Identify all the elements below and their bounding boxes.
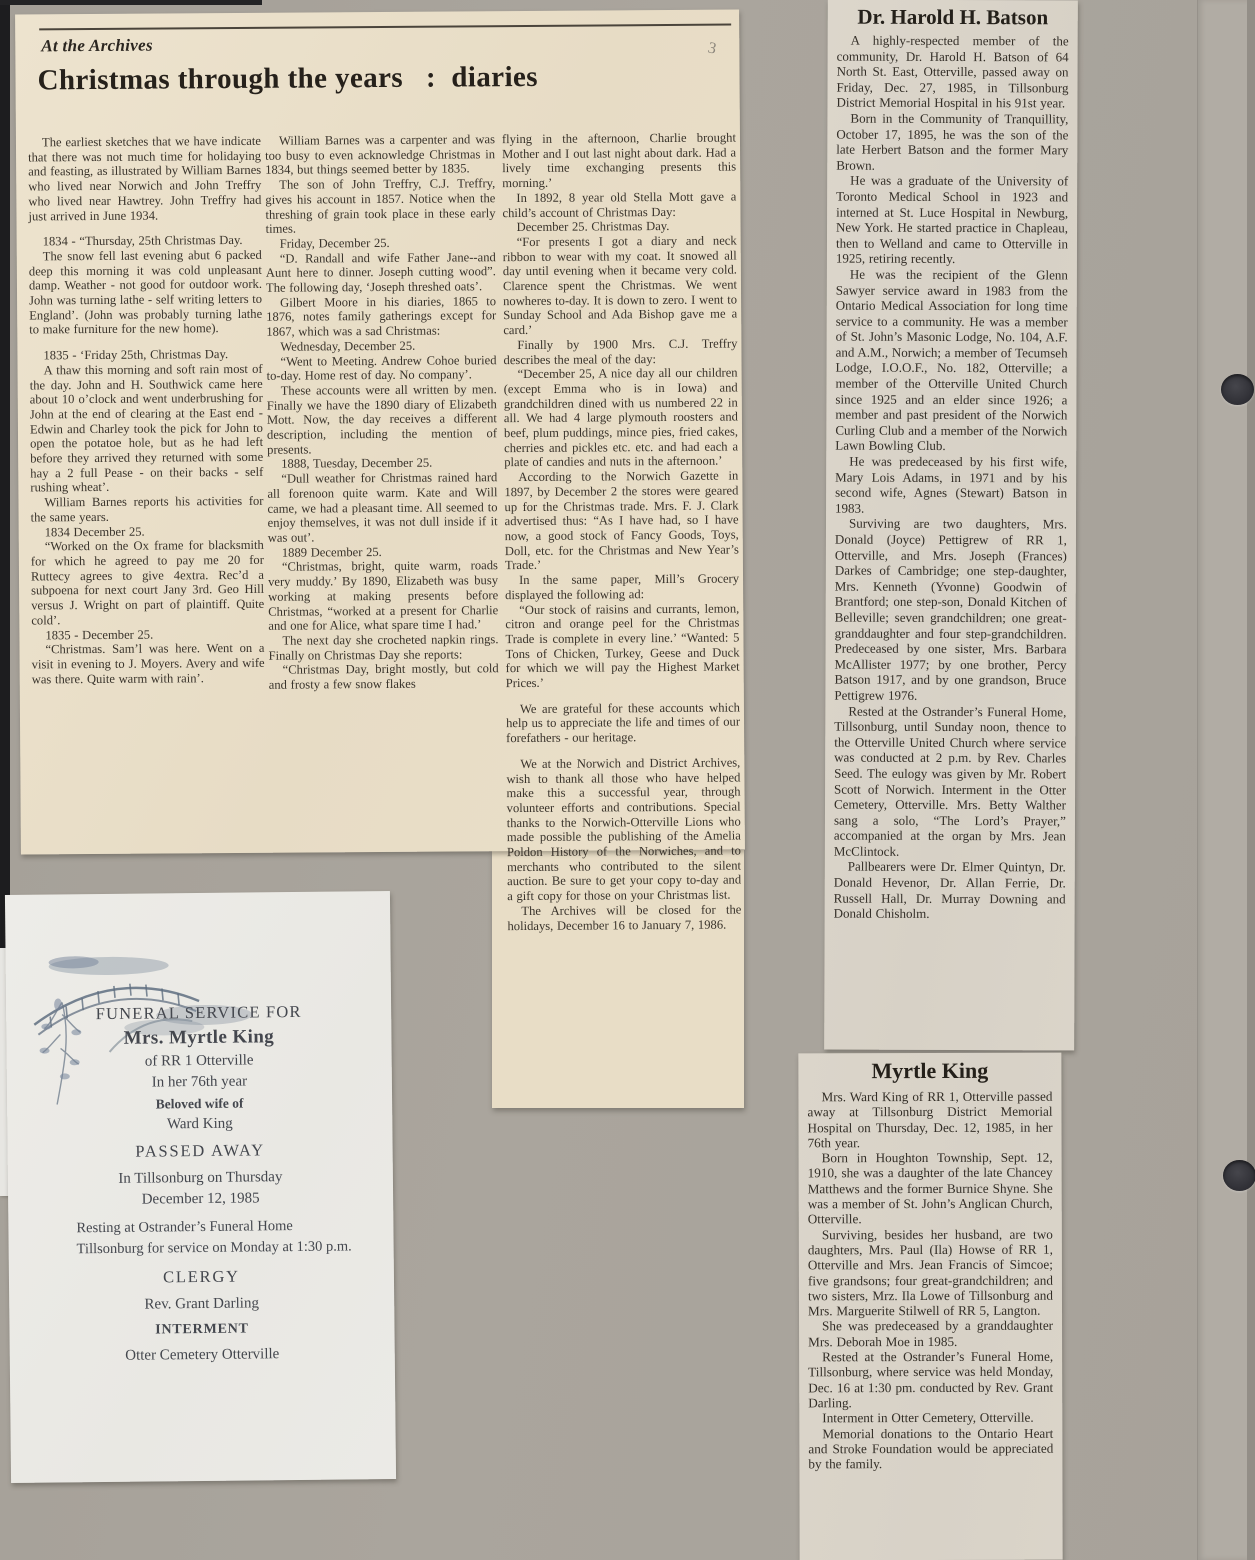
paragraph: Rested at the Ostrander’s Funeral Home, …	[834, 703, 1067, 860]
paragraph: A highly-respected member of the communi…	[836, 33, 1068, 112]
binder-hole	[1223, 1160, 1255, 1191]
paragraph: “December 25, A nice day all our childre…	[504, 366, 739, 471]
king-obituary-body: Mrs. Ward King of RR 1, Otterville passe…	[807, 1089, 1053, 1472]
card-line: Resting at Ostrander’s Funeral Home Till…	[76, 1215, 361, 1260]
paragraph: Gilbert Moore in his diaries, 1865 to 18…	[266, 294, 496, 340]
paragraph: The Archives will be closed for the holi…	[507, 902, 741, 933]
card-line: INTERMENT	[9, 1320, 394, 1340]
paragraph: “Worked on the Ox frame for blacksmith f…	[31, 538, 265, 628]
paragraph: We at the Norwich and District Archives,…	[506, 755, 741, 904]
card-line: Beloved wife of	[7, 1094, 392, 1114]
paragraph: In the same paper, Mill’s Grocery displa…	[505, 572, 739, 603]
card-line: December 12, 1985	[8, 1189, 393, 1210]
paragraph: flying in the afternoon, Charlie brought…	[502, 131, 736, 191]
paragraph: Finally by 1900 Mrs. C.J. Treffry descri…	[503, 336, 737, 367]
card-line: CLERGY	[9, 1265, 394, 1289]
paragraph: 1834 December 25.	[31, 523, 264, 539]
paragraph: 1834 - “Thursday, 25th Christmas Day.	[29, 233, 262, 249]
paragraph: “Christmas Day, bright mostly, but cold …	[269, 661, 499, 692]
paragraph: He was predeceased by his first wife, Ma…	[835, 454, 1067, 517]
paragraph: We are grateful for these accounts which…	[506, 700, 740, 746]
clipping-christmas-article: At the Archives Christmas through the ye…	[15, 9, 745, 854]
paragraph: Born in the Community of Tranquillity, O…	[836, 111, 1068, 174]
paragraph: According to the Norwich Gazette in 1897…	[504, 469, 739, 574]
paragraph: These accounts were all written by men. …	[267, 382, 498, 457]
paragraph: “Our stock of raisins and currants, lemo…	[505, 601, 740, 691]
paragraph: William Barnes was a carpenter and was t…	[265, 132, 495, 178]
card-line: of RR 1 Otterville	[7, 1051, 392, 1072]
article-column-3: flying in the afternoon, Charlie brought…	[502, 131, 743, 1121]
paragraph: Interment in Otter Cemetery, Otterville.	[808, 1410, 1053, 1426]
binder-hole	[1221, 374, 1254, 405]
paragraph: Memorial donations to the Ontario Heart …	[808, 1425, 1053, 1472]
king-obituary-title: Myrtle King	[798, 1053, 1061, 1085]
paragraph: Born in Houghton Township, Sept. 12, 191…	[808, 1150, 1053, 1227]
paragraph: 1835 - December 25.	[31, 626, 264, 642]
funeral-card-text: FUNERAL SERVICE FORMrs. Myrtle Kingof RR…	[6, 1001, 395, 1366]
paragraph: William Barnes reports his activities fo…	[30, 494, 263, 525]
card-line: In Tillsonburg on Thursday	[8, 1168, 393, 1189]
paragraph: Friday, December 25.	[266, 235, 496, 251]
paragraph: “Dull weather for Christmas rained hard …	[267, 470, 498, 545]
paragraph: The next day she crocheted napkin rings.…	[268, 632, 498, 663]
card-line: Ward King	[7, 1114, 392, 1135]
paragraph: December 25. Christmas Day.	[503, 219, 737, 235]
paragraph: Rested at the Ostrander’s Funeral Home, …	[808, 1349, 1053, 1411]
paragraph: He was the recipient of the Glenn Sawyer…	[835, 267, 1068, 455]
paragraph: Surviving are two daughters, Mrs. Donald…	[834, 516, 1067, 704]
clipping-king-obituary: Myrtle King Mrs. Ward King of RR 1, Otte…	[798, 1053, 1062, 1560]
scan-edge-top	[0, 0, 262, 5]
article-kicker: At the Archives	[41, 36, 153, 57]
paragraph: In 1892, 8 year old Stella Mott gave a c…	[502, 189, 736, 220]
paragraph: 1888, Tuesday, December 25.	[267, 456, 497, 472]
paragraph: 1889 December 25.	[268, 544, 498, 560]
paragraph: “For presents I got a diary and neck rib…	[503, 233, 738, 338]
paragraph: The snow fell last evening abut 6 packed…	[29, 248, 263, 338]
card-line: Mrs. Myrtle King	[6, 1025, 391, 1051]
card-line: Otter Cemetery Otterville	[10, 1345, 395, 1366]
paragraph: “Went to Meeting. Andrew Cohoe buried to…	[266, 353, 496, 384]
scrapbook-page: At the Archives Christmas through the ye…	[0, 0, 1255, 1560]
article-headline: Christmas through the years : diaries	[37, 61, 538, 97]
batson-obituary-body: A highly-respected member of the communi…	[834, 33, 1069, 923]
page-edge-strip	[1247, 0, 1255, 1560]
paragraph: 1835 - ‘Friday 25th, Christmas Day.	[29, 347, 262, 363]
paragraph: “Christmas, bright, quite warm, roads ve…	[268, 559, 499, 634]
paragraph: Surviving, besides her husband, are two …	[808, 1226, 1053, 1318]
clipping-batson-obituary: Dr. Harold H. Batson A highly-respected …	[824, 0, 1078, 1050]
article-column-1: The earliest sketches that we have indic…	[28, 134, 265, 687]
paragraph: “Christmas. Sam’l was here. Went on a vi…	[31, 641, 264, 687]
paragraph: He was a graduate of the University of T…	[836, 173, 1068, 267]
paragraph: Mrs. Ward King of RR 1, Otterville passe…	[807, 1089, 1052, 1151]
paragraph: A thaw this morning and soft rain most o…	[30, 362, 264, 496]
article-column-2: William Barnes was a carpenter and was t…	[265, 132, 499, 692]
paragraph: The son of John Treffry, C.J. Treffry, g…	[265, 176, 495, 236]
paragraph: The earliest sketches that we have indic…	[28, 134, 262, 224]
card-line: PASSED AWAY	[8, 1139, 393, 1163]
paragraph: Pallbearers were Dr. Elmer Quintyn, Dr. …	[834, 859, 1066, 922]
batson-obituary-title: Dr. Harold H. Batson	[828, 0, 1078, 30]
paragraph: She was predeceased by a granddaughter M…	[808, 1318, 1053, 1349]
funeral-card: FUNERAL SERVICE FORMrs. Myrtle Kingof RR…	[5, 891, 396, 1483]
header-rule	[39, 24, 731, 31]
card-line: Rev. Grant Darling	[9, 1294, 394, 1315]
card-line: In her 76th year	[7, 1072, 392, 1093]
paragraph: Wednesday, December 25.	[266, 338, 496, 354]
paragraph: “D. Randall and wife Father Jane--and Au…	[266, 250, 496, 296]
card-line: FUNERAL SERVICE FOR	[6, 1001, 391, 1025]
